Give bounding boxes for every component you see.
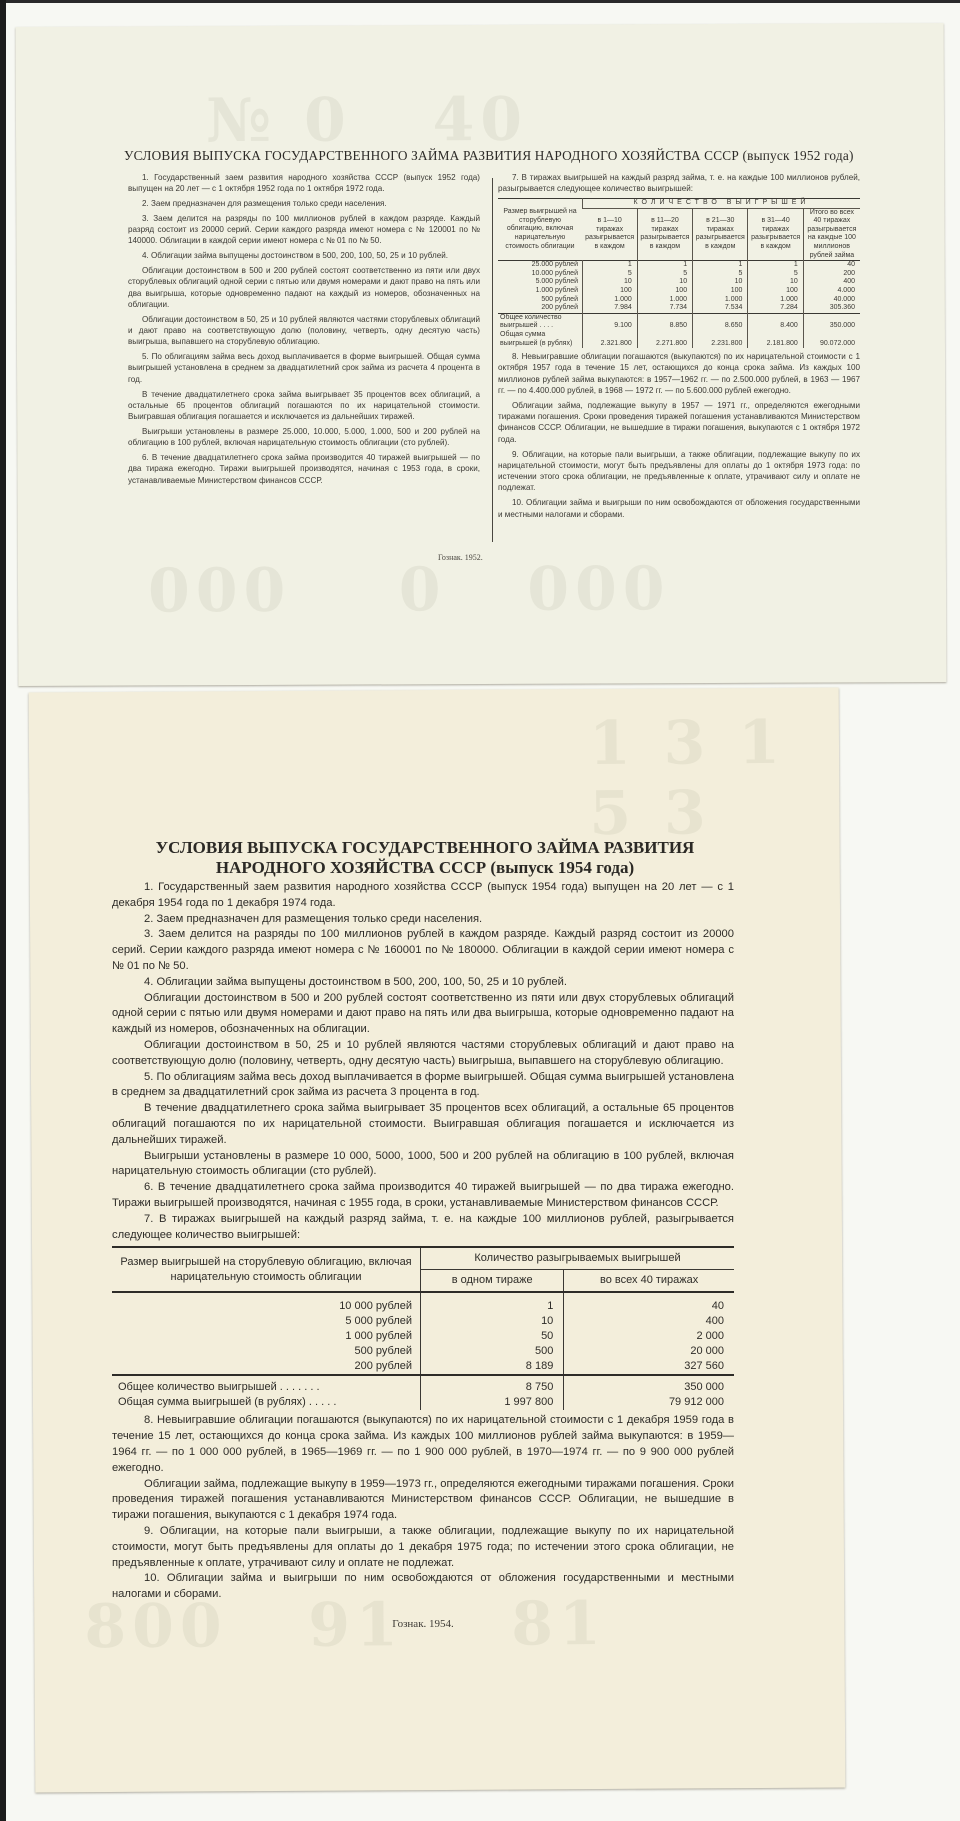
table-row: 5 000 рублей10400 [112, 1314, 734, 1329]
prize-count: 5 [583, 270, 638, 279]
doc1952-paragraph: 6. В течение двадцатилетнего срока займа… [128, 452, 480, 486]
header-column: во всех 40 тиражах [564, 1270, 734, 1293]
doc1952-paragraph: 8. Невыигравшие облигации погашаются (вы… [498, 351, 860, 396]
prize-label: 1 000 рублей [112, 1329, 421, 1344]
totals-label: Общая сумма выигрышей (в рублях) . . . .… [112, 1395, 421, 1410]
header-column: в одном тираже [421, 1270, 564, 1293]
table-row: 10 000 рублей140 [112, 1292, 734, 1314]
prize-label: 5 000 рублей [112, 1314, 421, 1329]
doc1954-clauses-1-7: 1. Государственный заем развития народно… [112, 880, 734, 1243]
prize-count: 100 [583, 287, 638, 296]
header-group: КОЛИЧЕСТВО ВЫИГРЫШЕЙ [583, 199, 861, 209]
doc1954-title: УСЛОВИЯ ВЫПУСКА ГОСУДАРСТВЕННОГО ЗАЙМА Р… [50, 838, 800, 878]
prize-count: 7.534 [693, 304, 748, 313]
prize-label: 5.000 рублей [498, 278, 583, 287]
totals-value: 1 997 800 [421, 1395, 564, 1410]
prize-count: 5 [693, 270, 748, 279]
prize-count: 40 [564, 1292, 734, 1314]
header-column: в 1—10 тиражах разыгрывается в каждом [583, 208, 638, 261]
doc1952-footer: Гознак. 1952. [438, 553, 483, 562]
doc1954-title-line-1: УСЛОВИЯ ВЫПУСКА ГОСУДАРСТВЕННОГО ЗАЙМА Р… [50, 838, 800, 858]
prize-count: 100 [748, 287, 803, 296]
doc1954-clauses-8-10: 8. Невыигравшие облигации погашаются (вы… [112, 1413, 734, 1603]
table-row: 1.000 рублей1001001001004.000 [498, 287, 860, 296]
doc1952-prize-table: Размер выигрышей на сторублевую облигаци… [498, 198, 860, 348]
totals-row: Общая сумма выигрышей (в рублях) . . . .… [112, 1395, 734, 1410]
doc1954-paragraph: Выигрыши установлены в размере 10 000, 5… [112, 1149, 734, 1181]
prize-count: 10 [637, 278, 692, 287]
doc1952-paragraph: 1. Государственный заем развития народно… [128, 172, 480, 195]
prize-count: 10 [693, 278, 748, 287]
prize-count: 400 [803, 278, 860, 287]
totals-value: 90.072.000 [803, 331, 860, 348]
totals-value: 2.231.800 [693, 331, 748, 348]
doc1952-clauses-8-10: 8. Невыигравшие облигации погашаются (вы… [498, 351, 860, 520]
prize-count: 10 [421, 1314, 564, 1329]
header-prize-size: Размер выигрышей на сторублевую облигаци… [112, 1247, 421, 1292]
doc1952-paragraph: Облигации займа, подлежащие выкупу в 195… [498, 400, 860, 445]
totals-value: 9.100 [583, 313, 638, 331]
table-row: 200 рублей8 189327 560 [112, 1359, 734, 1375]
doc1952-title: УСЛОВИЯ ВЫПУСКА ГОСУДАРСТВЕННОГО ЗАЙМА Р… [124, 148, 884, 164]
prize-count: 8 189 [421, 1359, 564, 1375]
prize-count: 7.984 [583, 304, 638, 313]
prize-count: 400 [564, 1314, 734, 1329]
totals-value: 79 912 000 [564, 1395, 734, 1410]
doc1954-paragraph: Облигации достоинством в 500 и 200 рубле… [112, 991, 734, 1038]
prize-count: 1 [583, 261, 638, 270]
prize-count: 327 560 [564, 1359, 734, 1375]
doc1954-footer: Гознак. 1954. [112, 1617, 734, 1633]
prize-count: 5 [637, 270, 692, 279]
table-body: 10 000 рублей1405 000 рублей104001 000 р… [112, 1292, 734, 1410]
prize-count: 100 [693, 287, 748, 296]
scan-left-edge [0, 0, 6, 1821]
doc1954-paragraph: 6. В течение двадцатилетнего срока займа… [112, 1180, 734, 1212]
doc1954-paragraph: 2. Заем предназначен для размещения толь… [112, 912, 734, 928]
prize-count: 40 [803, 261, 860, 270]
prize-count: 50 [421, 1329, 564, 1344]
prize-count: 1.000 [637, 296, 692, 305]
doc1954-paragraph: 9. Облигации, на которые пали выигрыши, … [112, 1524, 734, 1571]
prize-count: 305.360 [803, 304, 860, 313]
totals-label: Общее количество выигрышей . . . . [498, 313, 583, 331]
doc1952-right-column: 7. В тиражах выигрышей на каждый разряд … [498, 172, 860, 523]
prize-count: 1.000 [583, 296, 638, 305]
doc1952-paragraph: 9. Облигации, на которые пали выигрыши, … [498, 449, 860, 494]
doc1954-paragraph: Облигации займа, подлежащие выкупу в 195… [112, 1477, 734, 1524]
header-column: в 31—40 тиражах разыгрывается в каждом [748, 208, 803, 261]
doc1952-paragraph: 10. Облигации займа и выигрыши по ним ос… [498, 497, 860, 520]
totals-value: 8.650 [693, 313, 748, 331]
totals-value: 8 750 [421, 1375, 564, 1395]
prize-label: 500 рублей [112, 1344, 421, 1359]
bleed-through-number: 1 3 1 5 3 [589, 708, 840, 850]
doc1954-title-line-2: НАРОДНОГО ХОЗЯЙСТВА СССР (выпуск 1954 го… [50, 858, 800, 878]
prize-count: 40.000 [803, 296, 860, 305]
prize-count: 200 [803, 270, 860, 279]
header-column: в 11—20 тиражах разыгрывается в каждом [637, 208, 692, 261]
prize-count: 5 [748, 270, 803, 279]
header-row: Размер выигрышей на сторублевую облигаци… [498, 199, 860, 209]
doc1952-paragraph: Выигрыши установлены в размере 25.000, 1… [128, 426, 480, 449]
doc1954-paragraph: 10. Облигации займа и выигрыши по ним ос… [112, 1571, 734, 1603]
header-column: Итого во всех 40 тиражах разыгрывается н… [803, 208, 860, 261]
bleed-through-number: № 0 40 [206, 85, 528, 156]
doc1954-paragraph: В течение двадцатилетнего срока займа вы… [112, 1101, 734, 1148]
doc1954-paragraph: 4. Облигации займа выпущены достоинством… [112, 975, 734, 991]
table-row: 25.000 рублей111140 [498, 261, 860, 270]
prize-count: 100 [637, 287, 692, 296]
prize-label: 500 рублей [498, 296, 583, 305]
totals-value: 2.181.800 [748, 331, 803, 348]
prize-count: 1 [421, 1292, 564, 1314]
header-group: Количество разыгрываемых выигрышей [421, 1247, 735, 1270]
totals-value: 2.271.800 [637, 331, 692, 348]
doc1954-paragraph: 8. Невыигравшие облигации погашаются (вы… [112, 1413, 734, 1476]
totals-label: Общее количество выигрышей . . . . . . . [112, 1375, 421, 1395]
table-row: 5.000 рублей10101010400 [498, 278, 860, 287]
prize-count: 2 000 [564, 1329, 734, 1344]
header-column: в 21—30 тиражах разыгрывается в каждом [693, 208, 748, 261]
doc1952-paragraph: 4. Облигации займа выпущены достоинством… [128, 250, 480, 261]
totals-row: Общая сумма выигрышей (в рублях)2.321.80… [498, 331, 860, 348]
doc1952-paragraph: Облигации достоинством в 50, 25 и 10 руб… [128, 314, 480, 348]
prize-count: 10 [748, 278, 803, 287]
prize-count: 4.000 [803, 287, 860, 296]
table-row: 200 рублей7.9847.7347.5347.284305.360 [498, 304, 860, 313]
scan-top-edge [0, 0, 960, 3]
doc1954-prize-table: Размер выигрышей на сторублевую облигаци… [112, 1246, 734, 1410]
doc1952-left-column: 1. Государственный заем развития народно… [128, 172, 480, 489]
totals-value: 350.000 [803, 313, 860, 331]
prize-count: 7.284 [748, 304, 803, 313]
doc1952-paragraph: Облигации достоинством в 500 и 200 рубле… [128, 265, 480, 310]
totals-value: 8.400 [748, 313, 803, 331]
totals-value: 8.850 [637, 313, 692, 331]
doc1954-body: 1. Государственный заем развития народно… [112, 880, 734, 1633]
totals-row: Общее количество выигрышей . . . . . . .… [112, 1375, 734, 1395]
table-row: 500 рублей1.0001.0001.0001.00040.000 [498, 296, 860, 305]
prize-count: 7.734 [637, 304, 692, 313]
header-prize-size: Размер выигрышей на сторублевую облигаци… [498, 199, 583, 261]
doc1954-paragraph: 1. Государственный заем развития народно… [112, 880, 734, 912]
column-divider [492, 178, 493, 542]
bleed-through-serial: 000 0 000 [148, 554, 671, 626]
prize-label: 200 рублей [498, 304, 583, 313]
prize-label: 1.000 рублей [498, 287, 583, 296]
doc1954-paragraph: 3. Заем делится на разряды по 100 миллио… [112, 927, 734, 974]
doc1954-paragraph: Облигации достоинством в 50, 25 и 10 руб… [112, 1038, 734, 1070]
prize-count: 1 [637, 261, 692, 270]
table-header: Размер выигрышей на сторублевую облигаци… [112, 1247, 734, 1292]
prize-label: 25.000 рублей [498, 261, 583, 270]
header-row: Размер выигрышей на сторублевую облигаци… [112, 1247, 734, 1270]
doc1952-paragraph: 3. Заем делится на разряды по 100 миллио… [128, 213, 480, 247]
table-row: 500 рублей50020 000 [112, 1344, 734, 1359]
prize-count: 1 [748, 261, 803, 270]
prize-count: 1.000 [748, 296, 803, 305]
prize-count: 1 [693, 261, 748, 270]
table-header: Размер выигрышей на сторублевую облигаци… [498, 199, 860, 261]
totals-label: Общая сумма выигрышей (в рублях) [498, 331, 583, 348]
prize-count: 1.000 [693, 296, 748, 305]
doc1952-paragraph: В течение двадцатилетнего срока займа вы… [128, 389, 480, 423]
doc1952-paragraph: 5. По облигациям займа весь доход выплач… [128, 351, 480, 385]
table-body: 25.000 рублей11114010.000 рублей55552005… [498, 261, 860, 348]
totals-row: Общее количество выигрышей . . . .9.1008… [498, 313, 860, 331]
doc1952-clause-7: 7. В тиражах выигрышей на каждый разряд … [498, 172, 860, 195]
totals-value: 350 000 [564, 1375, 734, 1395]
prize-count: 20 000 [564, 1344, 734, 1359]
prize-count: 10 [583, 278, 638, 287]
totals-value: 2.321.800 [583, 331, 638, 348]
prize-label: 200 рублей [112, 1359, 421, 1375]
prize-label: 10 000 рублей [112, 1292, 421, 1314]
doc1954-paragraph: 7. В тиражах выигрышей на каждый разряд … [112, 1212, 734, 1244]
doc1952-paragraph: 2. Заем предназначен для размещения толь… [128, 198, 480, 209]
prize-count: 500 [421, 1344, 564, 1359]
table-row: 1 000 рублей502 000 [112, 1329, 734, 1344]
doc1954-paragraph: 5. По облигациям займа весь доход выплач… [112, 1070, 734, 1102]
